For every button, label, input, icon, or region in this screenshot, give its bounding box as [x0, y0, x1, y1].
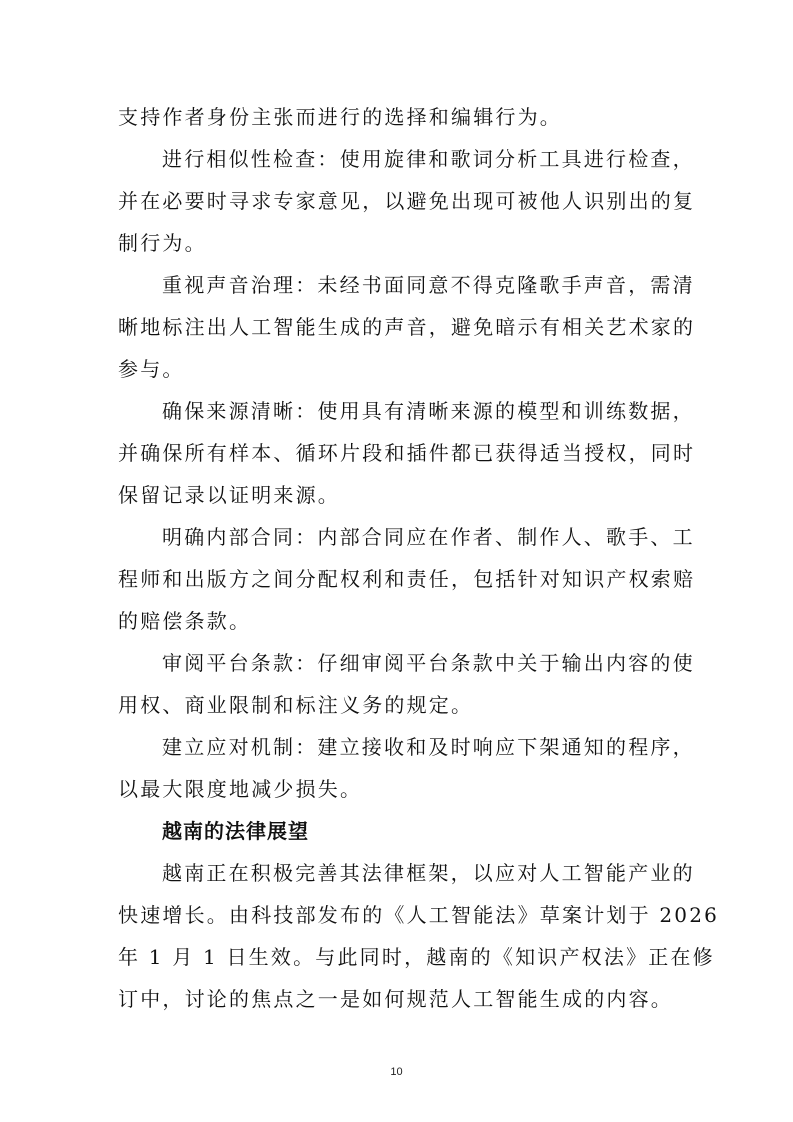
text-line: 制行为。	[118, 222, 676, 264]
paragraph-internal-contracts: 明确内部合同：内部合同应在作者、制作人、歌手、工	[118, 516, 676, 558]
text-line: 并确保所有样本、循环片段和插件都已获得适当授权，同时	[118, 432, 676, 474]
document-page: 支持作者身份主张而进行的选择和编辑行为。 进行相似性检查：使用旋律和歌词分析工具…	[0, 0, 793, 1122]
text-line: 用权、商业限制和标注义务的规定。	[118, 684, 676, 726]
section-heading: 越南的法律展望	[118, 810, 676, 852]
text-line: 程师和出版方之间分配权利和责任，包括针对知识产权索赔	[118, 558, 676, 600]
text-line: 晰地标注出人工智能生成的声音，避免暗示有相关艺术家的	[118, 306, 676, 348]
paragraph-clear-provenance: 确保来源清晰：使用具有清晰来源的模型和训练数据，	[118, 390, 676, 432]
paragraph-response-mechanism: 建立应对机制：建立接收和及时响应下架通知的程序，	[118, 726, 676, 768]
paragraph-voice-governance: 重视声音治理：未经书面同意不得克隆歌手声音，需清	[118, 264, 676, 306]
paragraph-vietnam-outlook: 越南正在积极完善其法律框架，以应对人工智能产业的	[118, 852, 676, 894]
page-number: 10	[0, 1066, 793, 1078]
text-line: 快速增长。由科技部发布的《人工智能法》草案计划于 2026	[118, 894, 676, 936]
body-text: 支持作者身份主张而进行的选择和编辑行为。 进行相似性检查：使用旋律和歌词分析工具…	[118, 96, 676, 1020]
paragraph-similarity-check: 进行相似性检查：使用旋律和歌词分析工具进行检查，	[118, 138, 676, 180]
text-line: 以最大限度地减少损失。	[118, 768, 676, 810]
text-line: 订中，讨论的焦点之一是如何规范人工智能生成的内容。	[118, 978, 676, 1020]
text-line: 年 1 月 1 日生效。与此同时，越南的《知识产权法》正在修	[118, 936, 676, 978]
text-line: 的赔偿条款。	[118, 600, 676, 642]
text-line: 支持作者身份主张而进行的选择和编辑行为。	[118, 96, 676, 138]
text-line: 参与。	[118, 348, 676, 390]
text-line: 保留记录以证明来源。	[118, 474, 676, 516]
text-line: 并在必要时寻求专家意见，以避免出现可被他人识别出的复	[118, 180, 676, 222]
paragraph-platform-terms: 审阅平台条款：仔细审阅平台条款中关于输出内容的使	[118, 642, 676, 684]
